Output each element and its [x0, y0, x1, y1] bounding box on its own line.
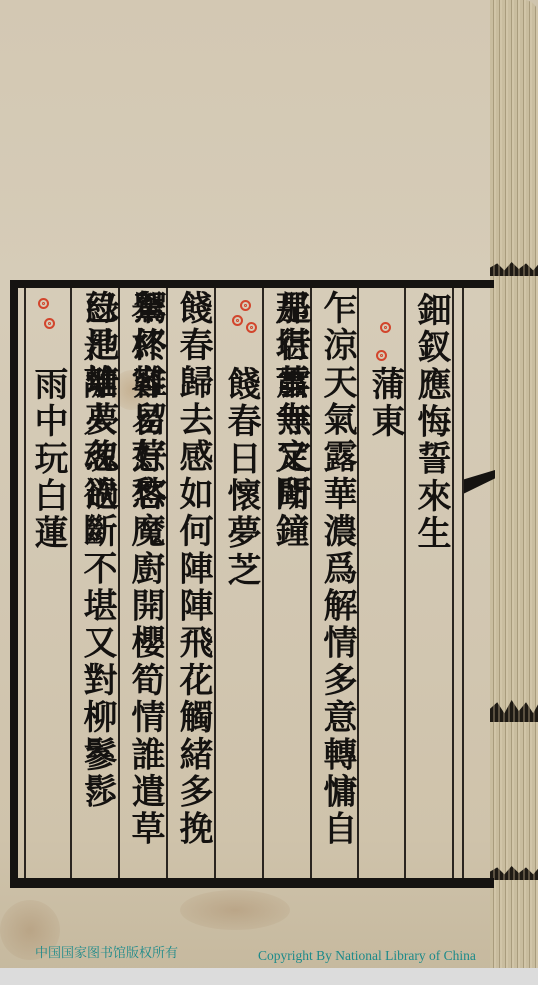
- print-frame-border: [452, 280, 494, 288]
- print-frame-border: [452, 878, 494, 888]
- column-heading: 餞春日懷夢芝: [218, 288, 264, 878]
- copyright-en: Copyright By National Library of China: [258, 948, 476, 964]
- column-heading: 雨中玩白蓮: [27, 288, 71, 878]
- column-verse: 已是離人魂欲斷不堪又對柳鬖髿: [74, 288, 120, 878]
- paper-stain: [180, 890, 290, 930]
- stacked-page-edges: [490, 0, 538, 970]
- copyright-cn: 中国国家图书馆版权所有: [35, 942, 178, 961]
- column-rule: [462, 288, 464, 878]
- scan-background: [0, 968, 538, 985]
- column-verse: 乍涼天氣露華濃爲解情多意轉慵自是行雲無定所: [314, 288, 360, 878]
- column-verse: 那堪蕭寺又聞鐘: [266, 288, 312, 878]
- column-title: 鈿釵應悔誓來生: [408, 288, 454, 878]
- column-verse: 舉杯容易惹愁魔廚開櫻筍情誰遣草綠池塘夢忽過: [122, 288, 168, 878]
- column-heading: 蒲東: [362, 288, 408, 878]
- column-verse: 餞春歸去感如何陣陣飛花觸緒多挽駕終難留好客: [170, 288, 216, 878]
